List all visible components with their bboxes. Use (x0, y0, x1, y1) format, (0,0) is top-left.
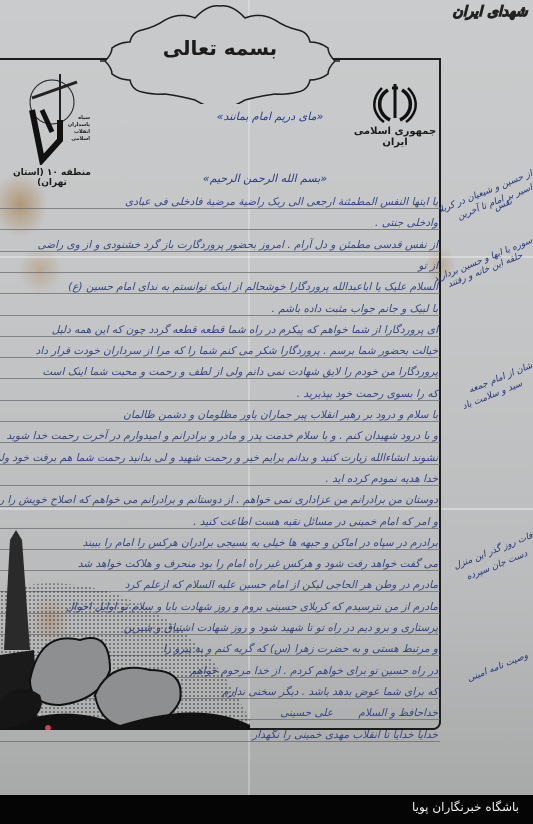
letter-line: خدا هدیه نمودم کرده اید . (326, 473, 438, 485)
ruled-line (0, 442, 440, 443)
letter-line: خیالت بحضور شما برسم . پروردگارا شکر می … (36, 345, 438, 357)
letter-line: یا ایتها النفس المطمئنة ارجعی الی ربک را… (125, 196, 438, 208)
signature: علی حسینی (280, 707, 333, 719)
ruled-line (0, 485, 440, 486)
ruled-line (0, 378, 440, 379)
ruled-line (0, 293, 440, 294)
ruled-line (0, 272, 440, 273)
ruled-line (0, 506, 440, 507)
iran-emblem-icon (370, 82, 420, 124)
ruled-line (0, 464, 440, 465)
ruled-line (0, 400, 440, 401)
ruled-line (0, 357, 440, 358)
ruled-line (0, 336, 440, 337)
letter-paper: بسمه تعالی «مای دریم امام بمانند» جمهوری… (0, 0, 533, 795)
iran-emblem-label: جمهوری اسلامی ایران (345, 126, 445, 148)
letter-line: خدایا خدایا تا انقلاب مهدی خمینی را نگهد… (252, 729, 438, 741)
document-subtitle: «مای دریم امام بمانند» (205, 110, 335, 123)
irgc-emblem-sub: سپاه پاسداران انقلاب اسلامی (60, 115, 90, 143)
letter-line: وادخلی جنتی . (375, 217, 438, 229)
letter-line: که را بسوی رحمت خود بپذیرید . (297, 388, 438, 400)
ruled-line (0, 251, 440, 252)
footer-bar: باشگاه خبرنگاران پویا (0, 795, 533, 824)
watermark-logo: شهدای ایران (450, 4, 530, 28)
letter-line: و امر که امام خمینی در مسائل نقیه هست اط… (193, 516, 438, 528)
letter-line: دوستان من برادرانم من عزاداری نمی خواهم … (0, 494, 438, 506)
ruled-line (0, 421, 440, 422)
letter-line: نشوند انشاءالله زیارت کنید و بدانم برایم… (0, 452, 438, 464)
letter-line: از نفس قدسی مطمئن و دل آرام . امروز بحضو… (38, 239, 439, 251)
letter-line: با لبیک و جانم جواب مثبت داده باشم . (272, 303, 438, 315)
ruled-line (0, 528, 440, 529)
bismillah: «بسم الله الرحمن الرحیم» (180, 172, 350, 185)
source-credit: باشگاه خبرنگاران پویا (412, 800, 519, 814)
ruled-line (0, 741, 440, 742)
tulip-bullet-artwork (0, 530, 260, 730)
ruled-line (0, 315, 440, 316)
ruled-line (0, 229, 440, 230)
letter-line: از تو (418, 260, 438, 272)
letter-line: السلام علیک یا اباعبدالله پروردگارا خوشح… (68, 281, 438, 293)
irgc-region-label: منطقه ۱۰ (استان تهران) (2, 168, 102, 188)
letter-line: خداحافظ و السلام (358, 707, 438, 719)
letter-line: پروردگارا من خودم را لایق شهادت نمی دانم… (42, 366, 438, 378)
letter-line: و با درود شهیدان کنم . و با سلام خدمت پد… (6, 430, 438, 442)
letter-line: ای پروردگارا از شما خواهم که پیکرم در را… (52, 324, 438, 336)
letter-line: با سلام و درود بر رهبر انقلاب پیر جماران… (123, 409, 438, 421)
document-heading: بسمه تعالی (100, 36, 340, 60)
margin-note: وصیت نامه امینی (465, 650, 529, 685)
ruled-line (0, 208, 440, 209)
